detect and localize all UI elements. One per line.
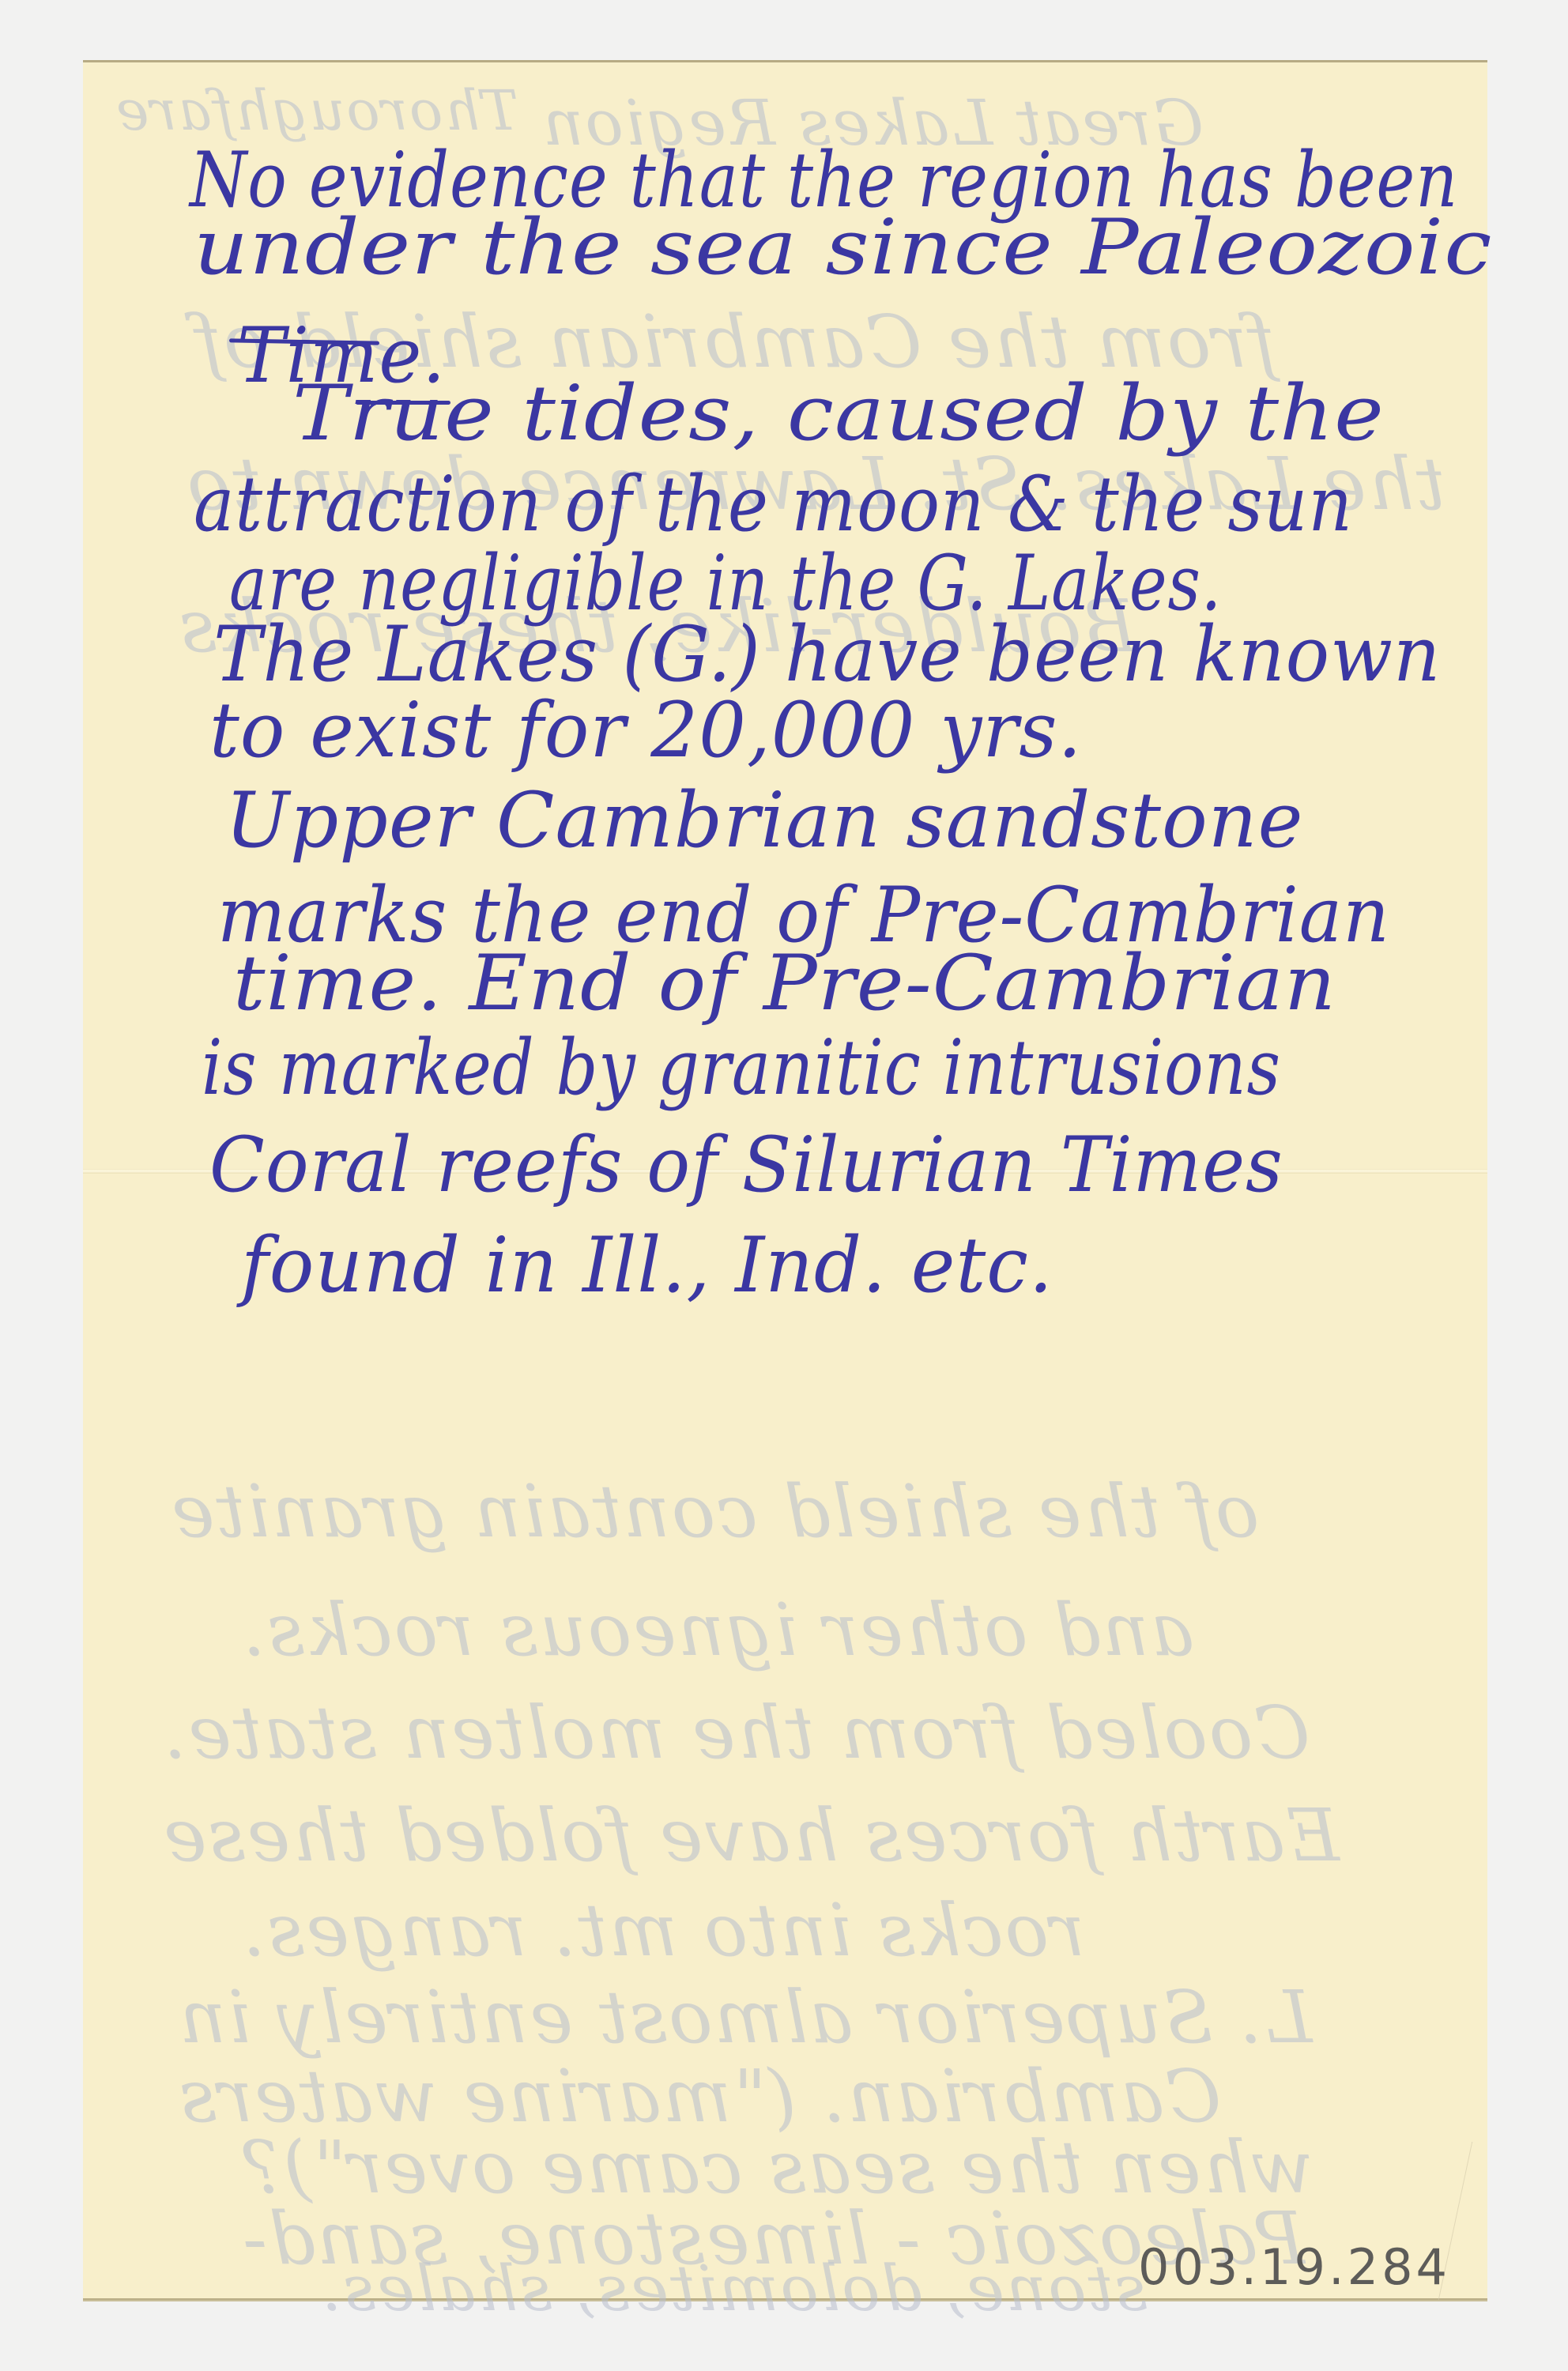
bleed-through-line: stone, dolomites, shales. — [320, 2252, 1148, 2325]
handwritten-line-2: under the sea since Paleozoic — [194, 209, 1493, 285]
handwritten-line-11: time. End of Pre-Cambrian — [233, 945, 1336, 1021]
handwritten-line-5: attraction of the moon & the sun — [194, 466, 1353, 542]
catalog-number: 003.19.284 — [1138, 2238, 1450, 2296]
bleed-through-line: L. Superior almost entirely in — [178, 1975, 1312, 2060]
handwritten-line-7: The Lakes (G.) have been known — [213, 616, 1441, 692]
handwritten-line-13: Coral reefs of Silurian Times — [209, 1127, 1283, 1203]
bleed-through-line: Thoroughfare — [115, 78, 518, 143]
handwritten-line-4: True tides, caused by the — [292, 375, 1385, 451]
handwritten-line-8: to exist for 20,000 yrs. — [209, 692, 1082, 768]
bleed-through-line: and other igneous rocks. — [241, 1588, 1194, 1672]
bleed-through-line: Earth forces have folded these — [162, 1793, 1340, 1878]
bleed-through-line: Cooled from the molten state. — [162, 1691, 1310, 1775]
bleed-through-line: rocks into mt. ranges. — [241, 1888, 1085, 1973]
handwritten-line-9: Upper Cambrian sandstone — [225, 782, 1303, 858]
bleed-through-line: of the shield contain granite — [170, 1469, 1259, 1554]
handwritten-line-14: found in Ill., Ind. etc. — [241, 1227, 1053, 1303]
handwritten-line-12: is marked by granitic intrusions — [202, 1030, 1281, 1106]
